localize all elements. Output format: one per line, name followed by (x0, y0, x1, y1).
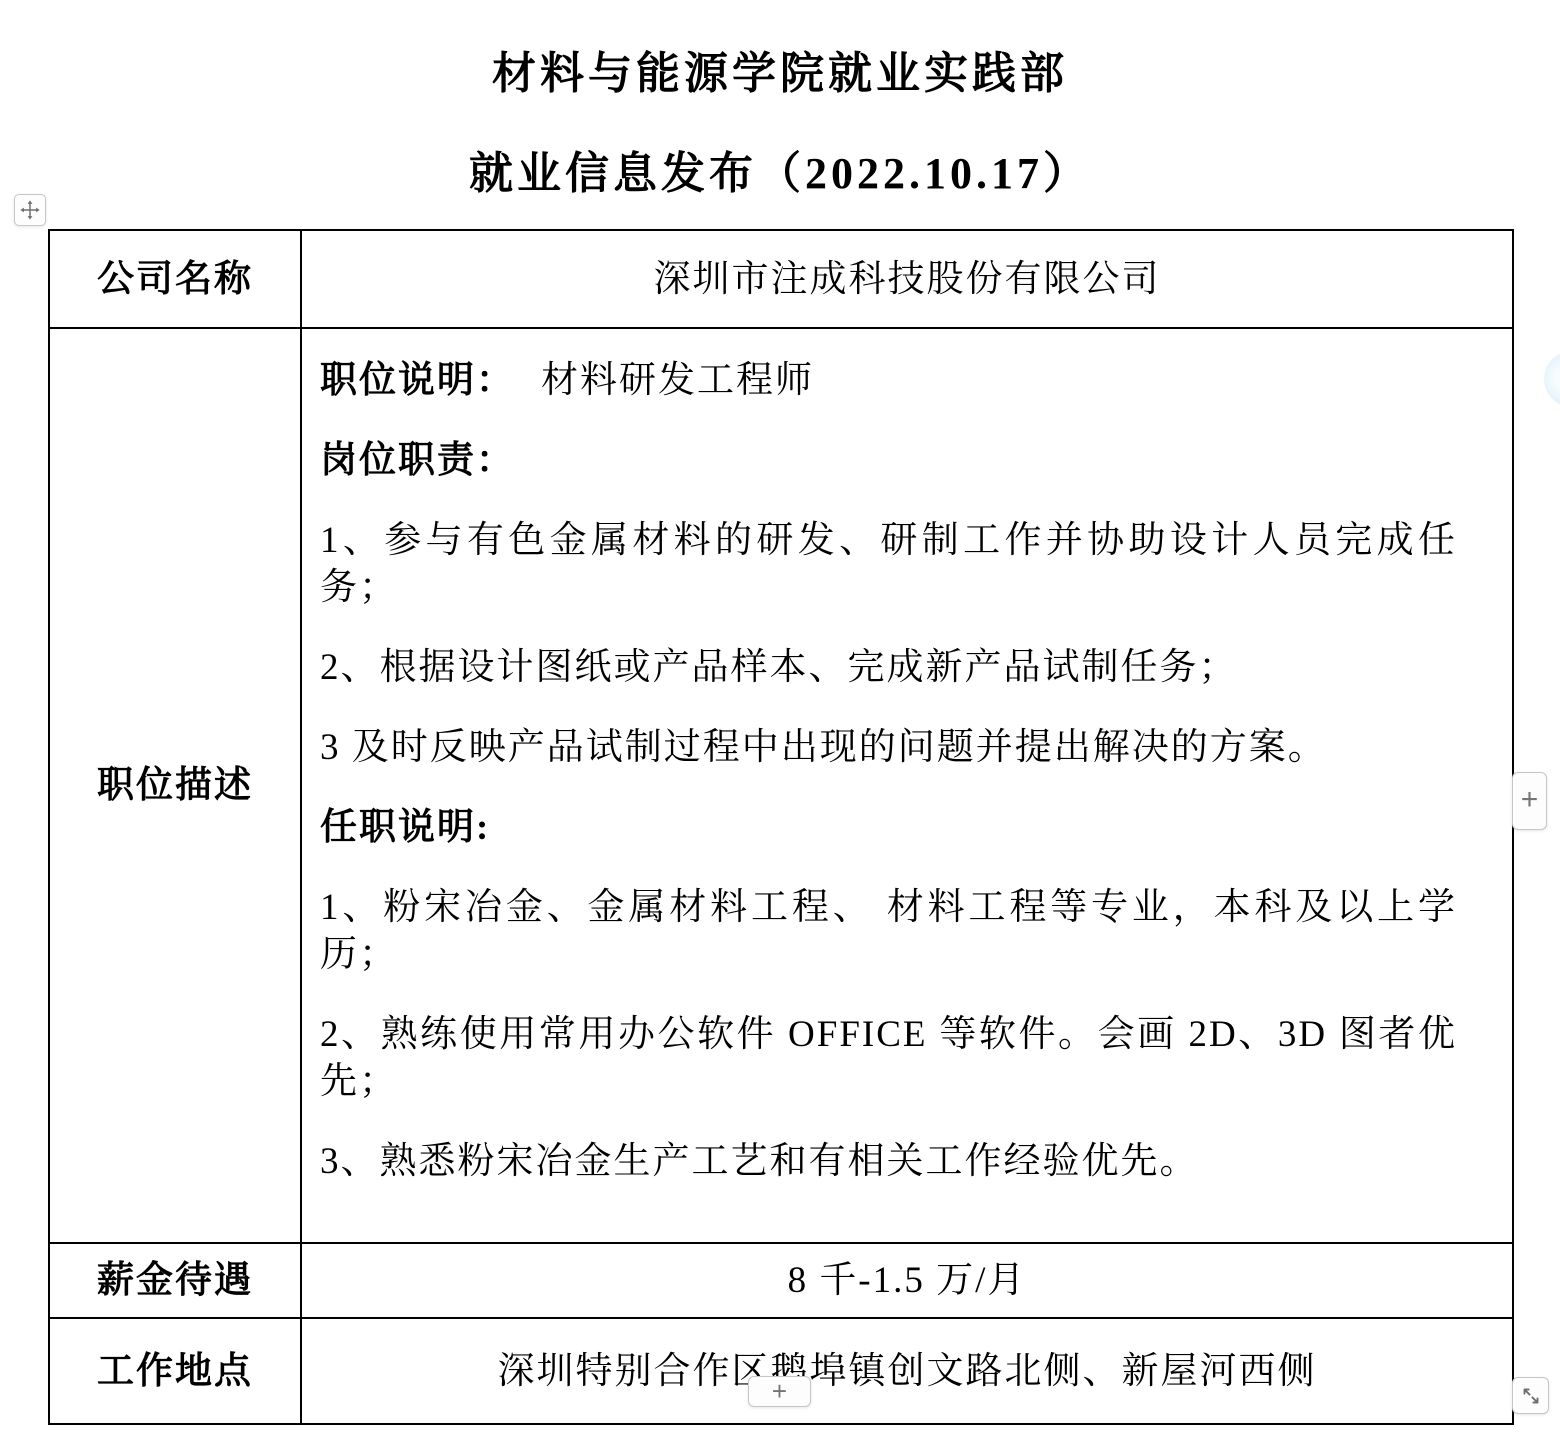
company-name-text: 深圳市注成科技股份有限公司 (654, 259, 1161, 300)
add-row-bottom-button[interactable]: + (748, 1376, 811, 1407)
job-description-content[interactable]: 职位说明：材料研发工程师 岗位职责： 1、参与有色金属材料的研发、研制工作并协助… (301, 328, 1513, 1243)
floating-assistant-bubble[interactable] (1544, 351, 1560, 407)
location-text: 深圳特别合作区鹅埠镇创文路北侧、新屋河西侧 (498, 1351, 1317, 1392)
diagonal-resize-icon (1519, 1384, 1543, 1408)
position-value: 材料研发工程师 (541, 360, 814, 401)
company-name-value[interactable]: 深圳市注成科技股份有限公司 (301, 230, 1513, 328)
location-value[interactable]: 深圳特别合作区鹅埠镇创文路北侧、新屋河西侧 (301, 1318, 1513, 1424)
job-description-label[interactable]: 职位描述 (49, 328, 301, 1243)
page-title: 材料与能源学院就业实践部 (0, 48, 1560, 100)
job-description-label-text: 职位描述 (97, 765, 253, 806)
plus-icon: + (772, 1378, 787, 1404)
salary-label-text: 薪金待遇 (97, 1260, 253, 1301)
table-resize-button[interactable] (1512, 1377, 1549, 1414)
location-label-text: 工作地点 (97, 1351, 253, 1392)
duty-item: 2、根据设计图纸或产品样本、完成新产品试制任务； (320, 644, 1457, 691)
salary-text: 8 千-1.5 万/月 (788, 1260, 1027, 1301)
salary-label[interactable]: 薪金待遇 (49, 1243, 301, 1318)
company-name-label-text: 公司名称 (97, 259, 253, 300)
table-row: 工作地点 深圳特别合作区鹅埠镇创文路北侧、新屋河西侧 (49, 1318, 1513, 1424)
salary-value[interactable]: 8 千-1.5 万/月 (301, 1243, 1513, 1318)
location-label[interactable]: 工作地点 (49, 1318, 301, 1424)
page-subtitle: 就业信息发布（2022.10.17） (0, 148, 1560, 200)
position-line: 职位说明：材料研发工程师 (320, 357, 1457, 404)
add-row-right-button[interactable]: + (1512, 772, 1547, 830)
requirements-heading: 任职说明: (320, 804, 1457, 851)
duty-item: 1、参与有色金属材料的研发、研制工作并协助设计人员完成任务； (320, 517, 1457, 611)
position-label: 职位说明： (320, 360, 515, 401)
table-row: 薪金待遇 8 千-1.5 万/月 (49, 1243, 1513, 1318)
requirement-item: 3、熟悉粉宋冶金生产工艺和有相关工作经验优先。 (320, 1138, 1457, 1185)
duties-heading: 岗位职责： (320, 437, 1457, 484)
table-move-handle[interactable] (14, 194, 46, 226)
move-icon (19, 199, 41, 221)
plus-icon: + (1521, 785, 1539, 815)
duty-item: 3 及时反映产品试制过程中出现的问题并提出解决的方案。 (320, 724, 1457, 771)
requirement-item: 1、粉宋冶金、金属材料工程、 材料工程等专业，本科及以上学历； (320, 884, 1457, 978)
table-row: 公司名称 深圳市注成科技股份有限公司 (49, 230, 1513, 328)
requirement-item: 2、熟练使用常用办公软件 OFFICE 等软件。会画 2D、3D 图者优先； (320, 1011, 1457, 1105)
job-info-table: 公司名称 深圳市注成科技股份有限公司 职位描述 职位说明：材料研发工程师 岗位职… (48, 229, 1514, 1425)
company-name-label[interactable]: 公司名称 (49, 230, 301, 328)
table-row: 职位描述 职位说明：材料研发工程师 岗位职责： 1、参与有色金属材料的研发、研制… (49, 328, 1513, 1243)
